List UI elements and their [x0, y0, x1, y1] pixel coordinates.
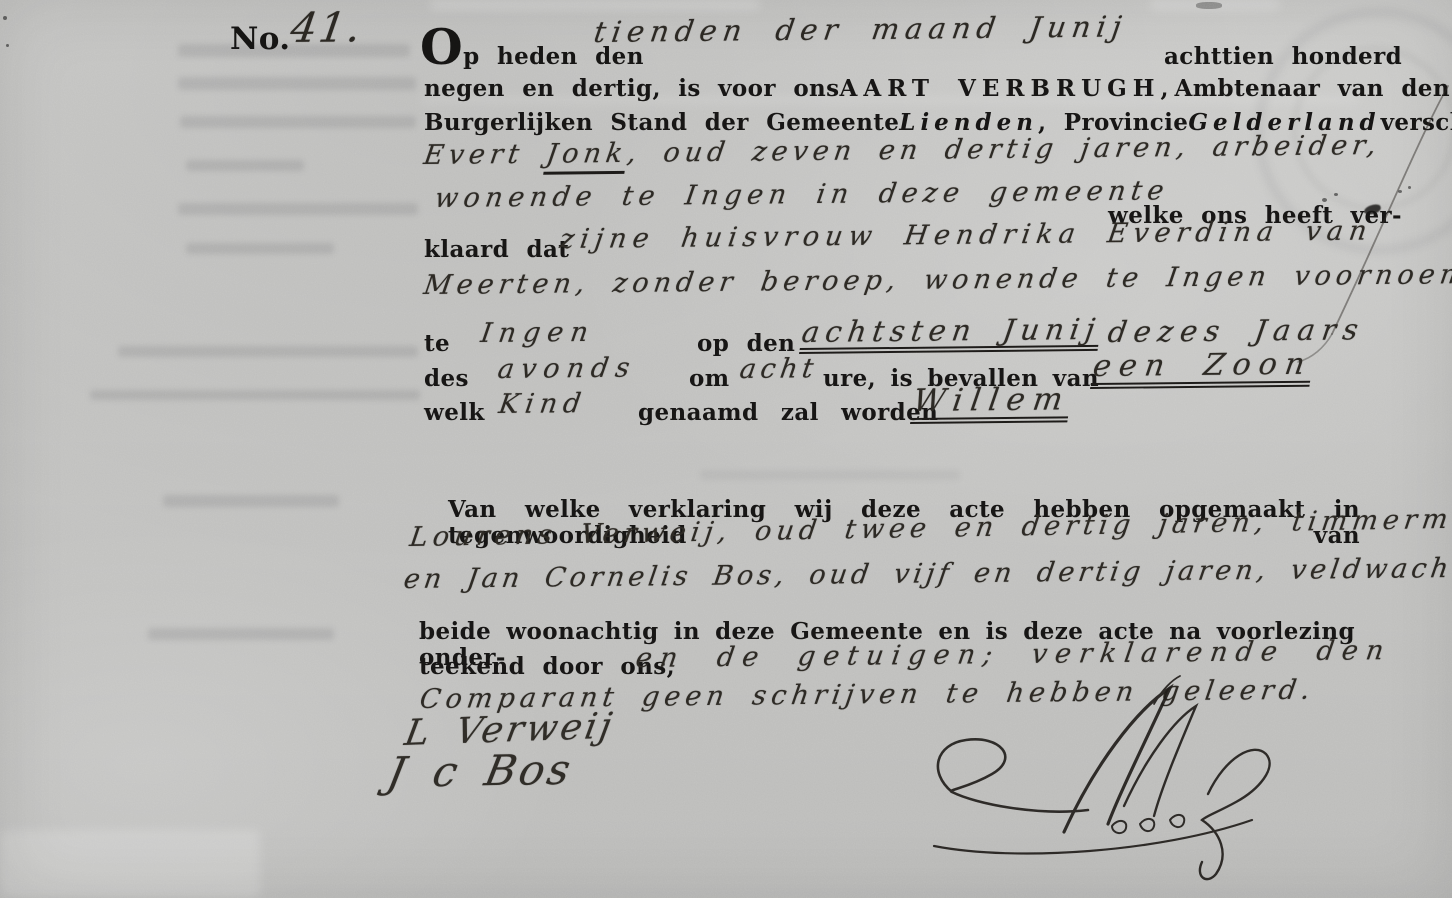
ink-speck: [1408, 186, 1411, 189]
ink-speck: [6, 44, 9, 47]
act-welk-label: welk: [424, 400, 485, 426]
child-kind-word: Kind: [497, 390, 589, 418]
ink-speck: [3, 16, 7, 20]
bleedthrough-smudge: [180, 116, 416, 128]
birth-daypart: avonds: [496, 355, 638, 383]
act-om-label: om: [689, 366, 729, 392]
bleedthrough-smudge: [186, 160, 304, 171]
bleedthrough-smudge: [700, 470, 960, 480]
act-date-handwritten: tienden der maand Junij: [592, 12, 1129, 47]
bleedthrough-smudge: [90, 390, 420, 400]
act-line3-end: verschenen: [1381, 110, 1452, 136]
act-year-part: achttien honderd: [1164, 44, 1402, 70]
scan-light-streak: [0, 830, 260, 898]
bleedthrough-smudge: [186, 243, 334, 254]
act-line2-end: Ambtenaar van den: [1175, 76, 1450, 102]
declarant-residence: wonende te Ingen in deze gemeente: [433, 177, 1171, 212]
bleedthrough-smudge: [163, 495, 339, 507]
child-sex: een Zoon: [1090, 350, 1314, 389]
bleedthrough-smudge: [118, 346, 418, 357]
ink-speck: [1398, 190, 1402, 193]
act-line3-start: Burgerlijken Stand der Gemeente: [424, 110, 899, 136]
act-genaamd-phrase: genaamd zal worden: [638, 400, 938, 426]
act-klaard-phrase: klaard dat: [424, 237, 569, 263]
act-line2-start: negen en dertig, is voor ons: [424, 76, 840, 102]
declarant-details: , oud zeven en dertig jaren, arbeider,: [625, 130, 1383, 169]
birth-certificate-scan: { "paper": { "background_color": "#c7c7c…: [0, 0, 1452, 898]
declarant-last-name: Jonk: [543, 138, 629, 175]
record-number-value: 41.: [288, 7, 365, 49]
scan-light-streak: [430, 0, 760, 9]
bleedthrough-smudge: [148, 628, 334, 640]
birth-date-year-phrase: dezes Jaars: [1106, 315, 1367, 347]
bleedthrough-smudge: [178, 203, 418, 215]
witness2-signature: J c Bos: [384, 749, 577, 794]
mother-name-line2: Meerten, zonder beroep, wonende te Ingen…: [422, 261, 1452, 299]
child-name: Willem: [910, 384, 1073, 424]
registrar-name: AART VERBRUGH,: [840, 76, 1175, 102]
municipality-name: Lienden: [899, 110, 1038, 136]
birth-place: Ingen: [479, 319, 597, 347]
ink-speck: [1196, 2, 1222, 9]
closing-handwritten-line1: en de getuigen; verklarende den: [634, 637, 1393, 672]
witness2-details: en Jan Cornelis Bos, oud vijf en dertig …: [402, 555, 1452, 593]
birth-date: achtsten Junij: [799, 315, 1103, 354]
act-des-label: des: [424, 366, 469, 392]
scan-light-streak: [1150, 0, 1280, 10]
record-number-label: No.: [230, 22, 290, 58]
mother-name-line1: zijne huisvrouw Hendrika Everdina van: [558, 218, 1375, 253]
birth-hour: acht: [738, 355, 820, 383]
ink-speck: [1334, 193, 1338, 196]
bleedthrough-smudge: [178, 77, 416, 90]
declarant-first-name: Evert: [422, 139, 526, 171]
act-te-label: te: [424, 331, 450, 357]
